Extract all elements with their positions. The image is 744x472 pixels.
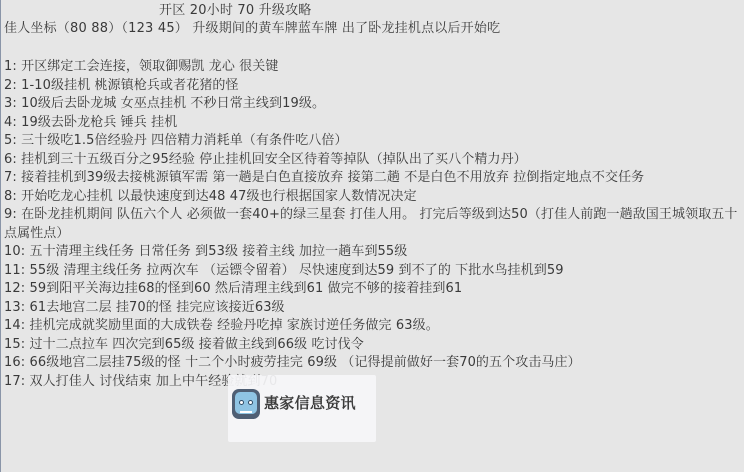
step-text: 三十级吃1.5倍经验丹 四倍精力消耗单（有条件吃八倍） (21, 133, 348, 148)
step-item: 7: 接着挂机到39级去接桃源镇军需 第一趟是白色直接放弃 接第二趟 不是白色不… (4, 169, 740, 188)
step-text: 55级 清理主线任务 拉两次车 （运镖令留着） 尽快速度到达59 到不了的 下批… (29, 263, 563, 278)
step-item: 3: 10级后去卧龙城 女巫点挂机 不秒日常主线到19级。 (4, 95, 740, 114)
step-item: 1: 开区绑定工会连接，领取御赐凯 龙心 很关键 (4, 58, 740, 77)
step-number: 3: (4, 96, 17, 111)
step-number: 1: (4, 59, 17, 74)
watermark-text: 惠家信息资讯 (264, 392, 356, 413)
step-item: 10: 五十清理主线任务 日常任务 到53级 接着主线 加拉一趟车到55级 (4, 243, 740, 262)
robot-face-icon (232, 389, 260, 419)
step-item: 11: 55级 清理主线任务 拉两次车 （运镖令留着） 尽快速度到达59 到不了… (4, 262, 740, 281)
step-number: 14: (4, 318, 25, 333)
step-text: 61去地宫二层 挂70的怪 挂完应该接近63级 (29, 300, 284, 315)
step-text: 开区绑定工会连接，领取御赐凯 龙心 很关键 (21, 59, 278, 74)
step-number: 15: (4, 337, 25, 352)
subtitle-coordinates: 佳人坐标（80 88）（123 45） 升级期间的黄车牌蓝车牌 出了卧龙挂机点以… (4, 21, 500, 37)
step-number: 6: (4, 152, 17, 167)
left-border (0, 0, 1, 472)
step-text: 过十二点拉车 四次完到65级 接着做主线到66级 吃讨伐令 (29, 337, 363, 352)
step-item: 13: 61去地宫二层 挂70的怪 挂完应该接近63级 (4, 299, 740, 318)
step-number: 13: (4, 300, 25, 315)
step-text: 接着挂机到39级去接桃源镇军需 第一趟是白色直接放弃 接第二趟 不是白色不用放弃… (21, 170, 644, 185)
step-text: 在卧龙挂机期间 队伍六个人 必须做一套40+的绿三星套 打佳人用。 打完后等级到… (4, 207, 738, 241)
step-number: 12: (4, 281, 25, 296)
step-number: 4: (4, 115, 17, 130)
step-number: 11: (4, 263, 25, 278)
step-text: 五十清理主线任务 日常任务 到53级 接着主线 加拉一趟车到55级 (29, 244, 407, 259)
step-number: 16: (4, 355, 25, 370)
watermark-overlay: 惠家信息资讯 (228, 375, 376, 442)
step-text: 挂机完成就奖励里面的大成铁卷 经验丹吃掉 家族讨逆任务做完 63级。 (29, 318, 438, 333)
step-text: 10级后去卧龙城 女巫点挂机 不秒日常主线到19级。 (21, 96, 325, 111)
step-item: 4: 19级去卧龙枪兵 锤兵 挂机 (4, 114, 740, 133)
step-item: 2: 1-10级挂机 桃源镇枪兵或者花猪的怪 (4, 77, 740, 96)
step-item: 16: 66级地宫二层挂75级的怪 十二个小时疲劳挂完 69级 （记得提前做好一… (4, 354, 740, 373)
step-number: 9: (4, 207, 17, 222)
step-number: 8: (4, 189, 17, 204)
step-number: 17: (4, 374, 25, 389)
step-text: 1-10级挂机 桃源镇枪兵或者花猪的怪 (21, 78, 239, 93)
step-number: 7: (4, 170, 17, 185)
step-item: 8: 开始吃龙心挂机 以最快速度到达48 47级也行根据国家人数情况决定 (4, 188, 740, 207)
step-item: 15: 过十二点拉车 四次完到65级 接着做主线到66级 吃讨伐令 (4, 336, 740, 355)
step-text: 66级地宫二层挂75级的怪 十二个小时疲劳挂完 69级 （记得提前做好一套70的… (29, 355, 580, 370)
step-item: 14: 挂机完成就奖励里面的大成铁卷 经验丹吃掉 家族讨逆任务做完 63级。 (4, 317, 740, 336)
step-item: 6: 挂机到三十五级百分之95经验 停止挂机回安全区待着等掉队（掉队出了买八个精… (4, 151, 740, 170)
step-text: 19级去卧龙枪兵 锤兵 挂机 (21, 115, 177, 130)
step-text: 挂机到三十五级百分之95经验 停止挂机回安全区待着等掉队（掉队出了买八个精力丹） (21, 152, 527, 167)
step-item: 9: 在卧龙挂机期间 队伍六个人 必须做一套40+的绿三星套 打佳人用。 打完后… (4, 206, 740, 243)
step-number: 5: (4, 133, 17, 148)
page-title: 开区 20小时 70 升级攻略 (159, 3, 311, 19)
step-text: 59到阳平关海边挂68的怪到60 然后清理主线到61 做完不够的接着挂到61 (29, 281, 462, 296)
step-item: 5: 三十级吃1.5倍经验丹 四倍精力消耗单（有条件吃八倍） (4, 132, 740, 151)
step-number: 2: (4, 78, 17, 93)
step-number: 10: (4, 244, 25, 259)
step-text: 开始吃龙心挂机 以最快速度到达48 47级也行根据国家人数情况决定 (21, 189, 417, 204)
step-list: 1: 开区绑定工会连接，领取御赐凯 龙心 很关键 2: 1-10级挂机 桃源镇枪… (4, 58, 740, 391)
step-item: 12: 59到阳平关海边挂68的怪到60 然后清理主线到61 做完不够的接着挂到… (4, 280, 740, 299)
